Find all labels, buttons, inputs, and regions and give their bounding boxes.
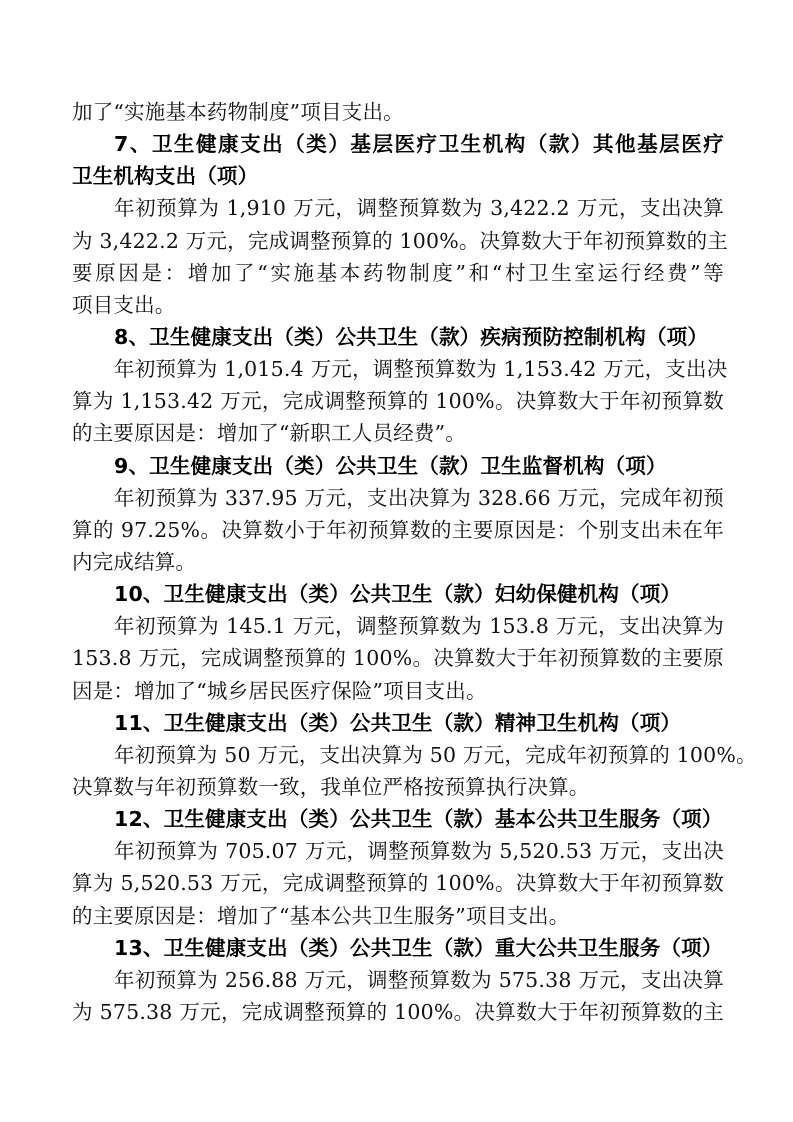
body-line: 为 3,422.2 万元，完成调整预算的 100%。决算数大于年初预算数的主 bbox=[72, 225, 724, 257]
section-11: 11、卫生健康支出（类）公共卫生（款）精神卫生机构（项） 年初预算为 50 万元… bbox=[72, 707, 724, 803]
document-page: 加了“实施基本药物制度”项目支出。 7、卫生健康支出（类）基层医疗卫生机构（款）… bbox=[72, 96, 724, 1028]
body-line: 项目支出。 bbox=[72, 289, 724, 321]
body-line: 年初预算为 705.07 万元，调整预算数为 5,520.53 万元，支出决 bbox=[72, 835, 724, 867]
body-line: 的主要原因是：增加了“基本公共卫生服务”项目支出。 bbox=[72, 900, 724, 932]
section-heading: 10、卫生健康支出（类）公共卫生（款）妇幼保健机构（项） bbox=[72, 578, 724, 610]
body-line: 年初预算为 1,910 万元，调整预算数为 3,422.2 万元，支出决算 bbox=[72, 192, 724, 224]
body-line: 年初预算为 337.95 万元，支出决算为 328.66 万元，完成年初预 bbox=[72, 482, 724, 514]
body-line: 要原因是：增加了“实施基本药物制度”和“村卫生室运行经费”等 bbox=[72, 257, 724, 289]
section-heading: 13、卫生健康支出（类）公共卫生（款）重大公共卫生服务（项） bbox=[72, 932, 724, 964]
body-line: 决算数与年初预算数一致，我单位严格按预算执行决算。 bbox=[72, 771, 724, 803]
body-line: 算为 5,520.53 万元，完成调整预算的 100%。决算数大于年初预算数 bbox=[72, 867, 724, 899]
body-line: 153.8 万元，完成调整预算的 100%。决算数大于年初预算数的主要原 bbox=[72, 642, 724, 674]
body-line: 算为 1,153.42 万元，完成调整预算的 100%。决算数大于年初预算数 bbox=[72, 385, 724, 417]
body-line: 年初预算为 145.1 万元，调整预算数为 153.8 万元，支出决算为 bbox=[72, 610, 724, 642]
section-10: 10、卫生健康支出（类）公共卫生（款）妇幼保健机构（项） 年初预算为 145.1… bbox=[72, 578, 724, 707]
section-heading: 12、卫生健康支出（类）公共卫生（款）基本公共卫生服务（项） bbox=[72, 803, 724, 835]
section-heading: 卫生机构支出（项） bbox=[72, 160, 724, 192]
section-13: 13、卫生健康支出（类）公共卫生（款）重大公共卫生服务（项） 年初预算为 256… bbox=[72, 932, 724, 1028]
section-heading: 8、卫生健康支出（类）公共卫生（款）疾病预防控制机构（项） bbox=[72, 321, 724, 353]
body-line: 为 575.38 万元，完成调整预算的 100%。决算数大于年初预算数的主 bbox=[72, 996, 724, 1028]
body-line: 年初预算为 50 万元，支出决算为 50 万元，完成年初预算的 100%。 bbox=[72, 739, 724, 771]
section-12: 12、卫生健康支出（类）公共卫生（款）基本公共卫生服务（项） 年初预算为 705… bbox=[72, 803, 724, 932]
section-heading: 9、卫生健康支出（类）公共卫生（款）卫生监督机构（项） bbox=[72, 450, 724, 482]
section-heading: 7、卫生健康支出（类）基层医疗卫生机构（款）其他基层医疗 bbox=[72, 128, 724, 160]
section-9: 9、卫生健康支出（类）公共卫生（款）卫生监督机构（项） 年初预算为 337.95… bbox=[72, 450, 724, 579]
body-line: 内完成结算。 bbox=[72, 546, 724, 578]
section-heading: 11、卫生健康支出（类）公共卫生（款）精神卫生机构（项） bbox=[72, 707, 724, 739]
body-line: 因是：增加了“城乡居民医疗保险”项目支出。 bbox=[72, 675, 724, 707]
body-line: 的主要原因是：增加了“新职工人员经费”。 bbox=[72, 417, 724, 449]
paragraph-continuation-line: 加了“实施基本药物制度”项目支出。 bbox=[72, 96, 724, 128]
section-7: 7、卫生健康支出（类）基层医疗卫生机构（款）其他基层医疗 卫生机构支出（项） 年… bbox=[72, 128, 724, 321]
body-line: 年初预算为 1,015.4 万元，调整预算数为 1,153.42 万元，支出决 bbox=[72, 353, 724, 385]
section-8: 8、卫生健康支出（类）公共卫生（款）疾病预防控制机构（项） 年初预算为 1,01… bbox=[72, 321, 724, 450]
body-line: 年初预算为 256.88 万元，调整预算数为 575.38 万元，支出决算 bbox=[72, 964, 724, 996]
body-line: 算的 97.25%。决算数小于年初预算数的主要原因是：个别支出未在年 bbox=[72, 514, 724, 546]
